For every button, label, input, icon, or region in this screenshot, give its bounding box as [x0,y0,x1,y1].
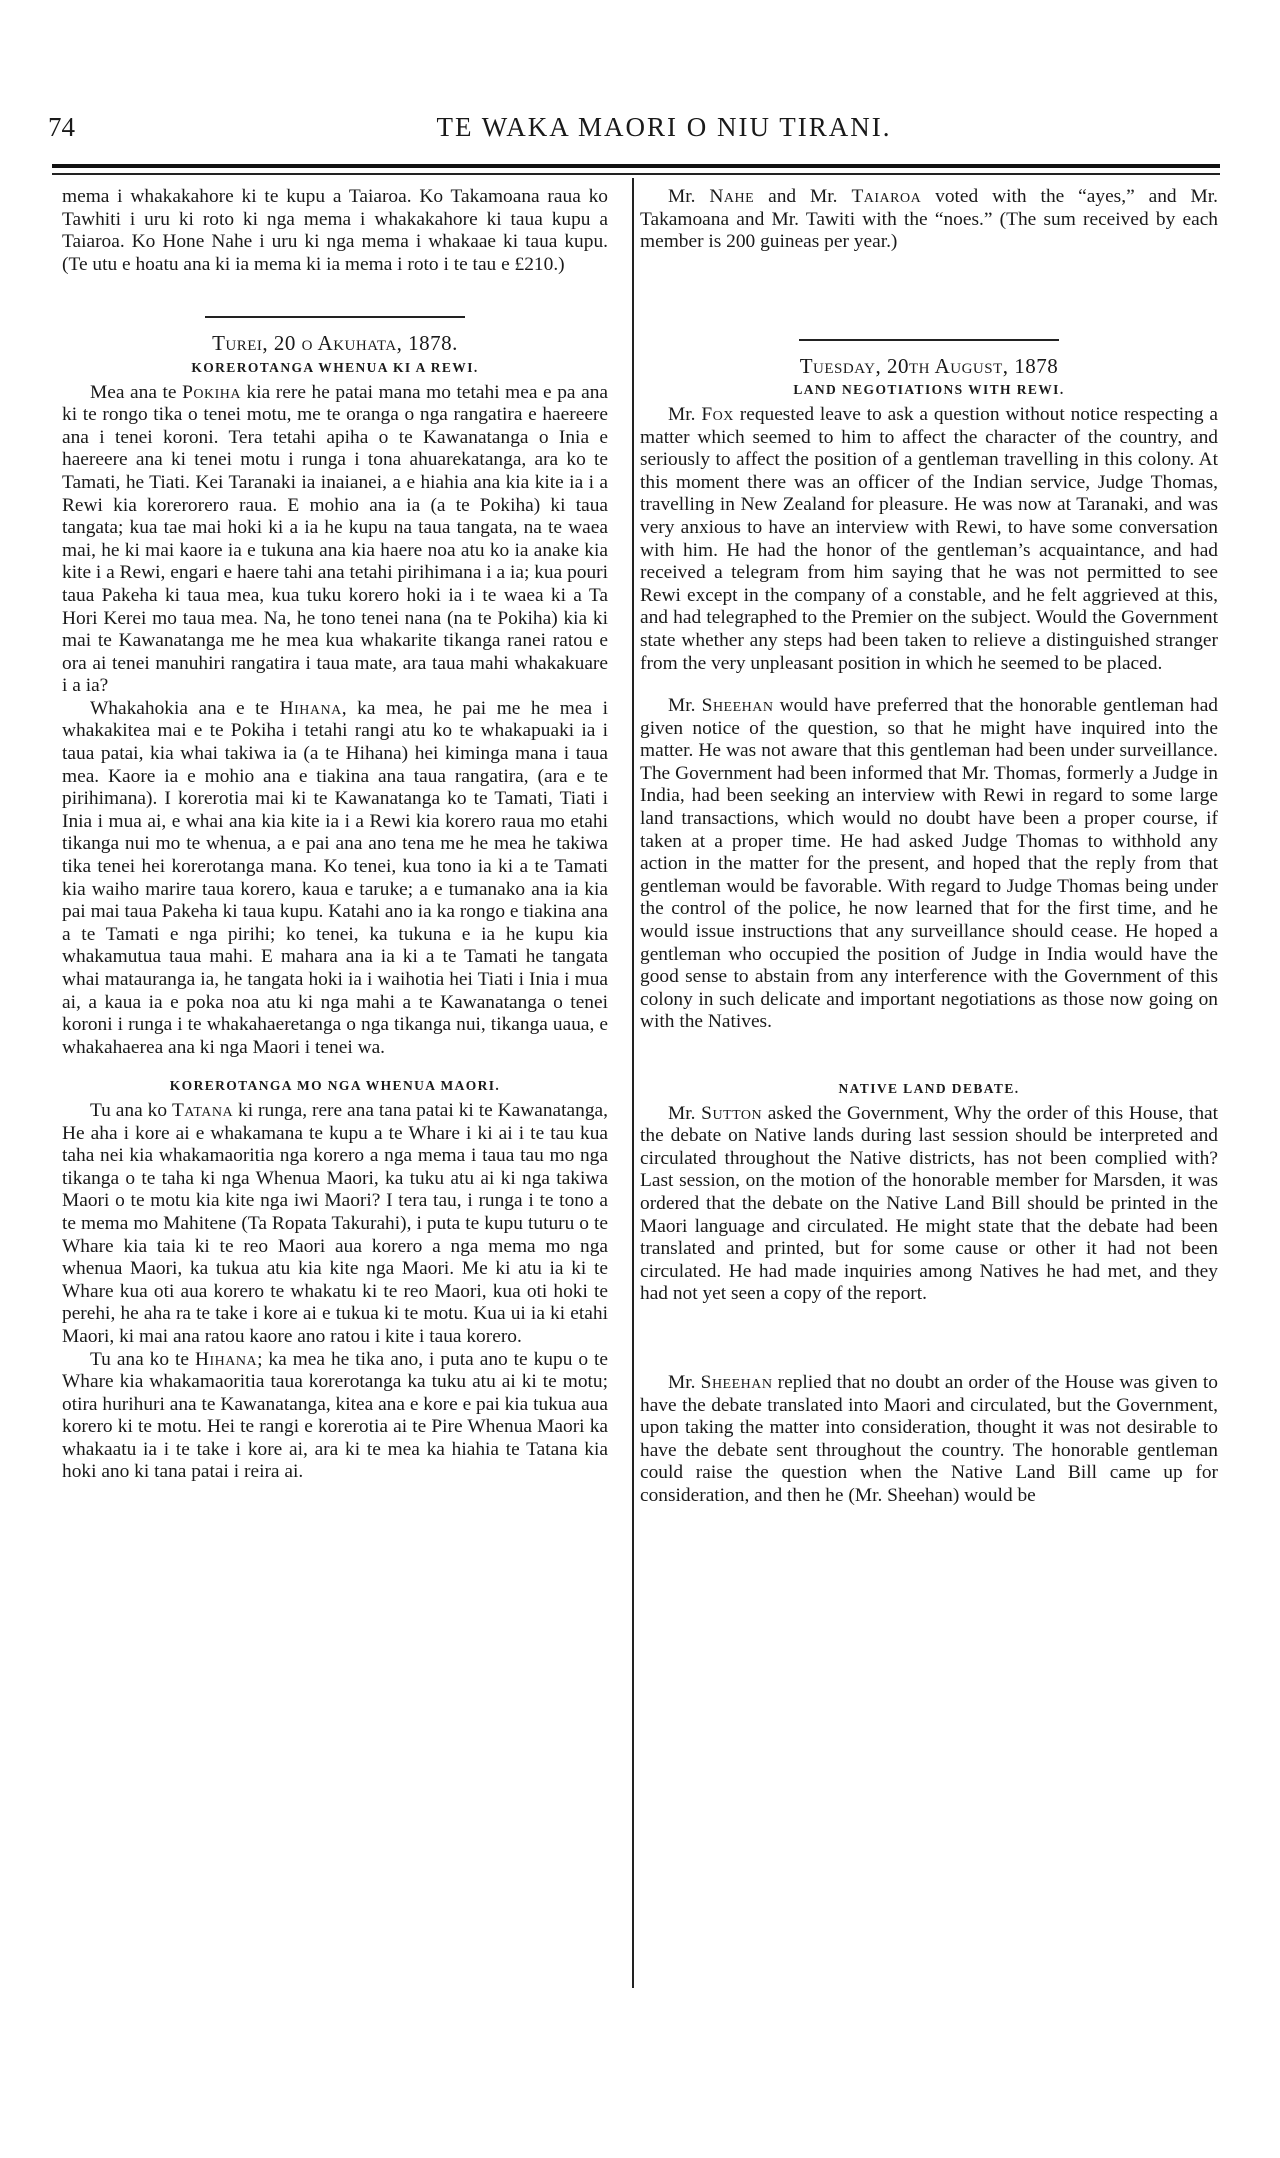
speaker-name: Sutton [701,1103,762,1124]
right-section1-paragraph-2: Mr. Sheehan would have preferred that th… [640,695,1218,1034]
member-name: Taiaroa [851,186,921,207]
page-header: 74 TE WAKA MAORI O NIU TIRANI. [48,112,1220,152]
spacer [62,276,608,316]
right-section2-paragraph-1: Mr. Sutton asked the Government, Why the… [640,1103,1218,1306]
left-date-heading: Turei, 20 o Akuhata, 1878. [62,332,608,355]
right-date-heading: Tuesday, 20th August, 1878 [640,355,1218,378]
right-section2-heading: NATIVE LAND DEBATE. [640,1078,1218,1101]
header-rule-thick [52,164,1220,168]
left-intro-paragraph: mema i whakakahore ki te kupu a Taiaroa.… [62,186,608,276]
left-section2-paragraph-2: Tu ana ko te Hihana; ka mea he tika ano,… [62,1349,608,1485]
spacer [640,675,1218,695]
right-column-english: Mr. Nahe and Mr. Taiaroa voted with the … [640,186,1218,1508]
speaker-name: Hihana [195,1349,257,1370]
speaker-name: Sheehan [701,1372,773,1393]
right-section2-paragraph-2: Mr. Sheehan replied that no doubt an ord… [640,1372,1218,1508]
page-title: TE WAKA MAORI O NIU TIRANI. [48,112,1220,143]
right-section1: Mr. Fox requested leave to ask a questio… [640,404,1218,1034]
speaker-name: Pokiha [182,382,241,403]
speaker-name: Sheehan [702,695,774,716]
right-intro-paragraph: Mr. Nahe and Mr. Taiaroa voted with the … [640,186,1218,254]
left-section2-heading: KOREROTANGA MO NGA WHENUA MAORI. [62,1075,608,1098]
column-divider [632,178,634,1988]
speaker-name: Hihana [280,698,342,719]
right-section2: Mr. Sutton asked the Government, Why the… [640,1103,1218,1508]
left-section1-paragraph-1: Mea ana te Pokiha kia rere he patai mana… [62,382,608,698]
spacer [640,254,1218,339]
left-section2: Tu ana ko Tatana ki runga, rere ana tana… [62,1100,608,1484]
right-section1-heading: LAND NEGOTIATIONS WITH REWI. [640,379,1218,402]
right-intro: Mr. Nahe and Mr. Taiaroa voted with the … [640,186,1218,254]
left-section1: Mea ana te Pokiha kia rere he patai mana… [62,382,608,1060]
member-name: Nahe [709,186,754,207]
header-rule-thin [52,173,1220,175]
left-column-maori: mema i whakakahore ki te kupu a Taiaroa.… [62,186,608,1484]
speaker-name: Fox [701,404,734,425]
right-section1-paragraph-1: Mr. Fox requested leave to ask a questio… [640,404,1218,675]
left-section2-paragraph-1: Tu ana ko Tatana ki runga, rere ana tana… [62,1100,608,1349]
section-divider [205,316,465,318]
spacer [640,1306,1218,1372]
left-section1-paragraph-2: Whakahokia ana e te Hihana, ka mea, he p… [62,698,608,1060]
left-intro: mema i whakakahore ki te kupu a Taiaroa.… [62,186,608,276]
left-section1-heading: KOREROTANGA WHENUA KI A REWI. [62,357,608,380]
section-divider [799,339,1059,341]
speaker-name: Tatana [172,1100,233,1121]
